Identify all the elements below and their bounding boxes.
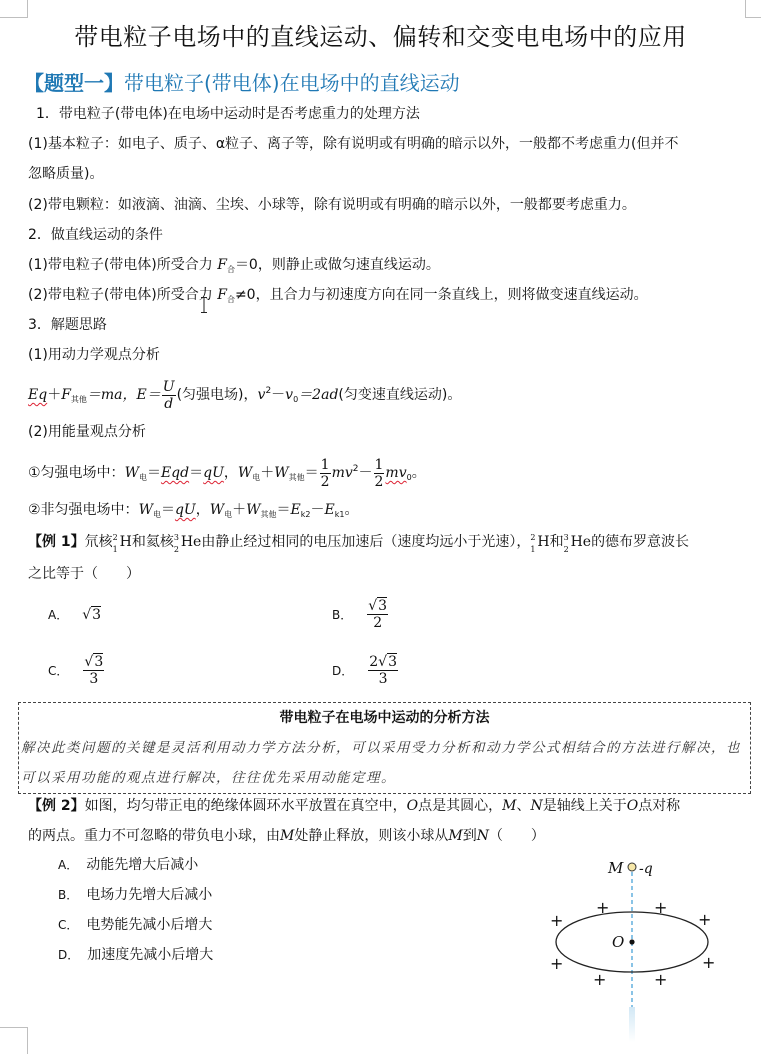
svg-text:M: M (607, 859, 624, 877)
point-2-item-1: (1)带电粒子(带电体)所受合力 F合＝0，则静止或做匀速直线运动。 (28, 255, 440, 280)
example-1-label: 【例 1】 (28, 534, 85, 550)
deuterium-nuclide: 21H (113, 532, 132, 552)
example-2-option-a[interactable]: A．动能先增大后减小 (58, 854, 198, 874)
example-1-line-2: 之比等于（ ） (28, 564, 140, 584)
svg-text:+: + (702, 953, 715, 972)
charged-ring-figure: O M -q + + + + + + + + (540, 852, 740, 1042)
svg-text:+: + (550, 911, 563, 930)
svg-text:+: + (654, 898, 667, 917)
energy-formula-uniform: ①匀强电场中：W电＝Eqd＝qU，W电＋W其他＝12mv2－12mv0。 (28, 452, 426, 495)
point-3-item-2: (2)用能量观点分析 (28, 422, 146, 442)
method-box-body: 解决此类问题的关键是灵活利用动力学方法分析，可以采用受力分析和动力学公式相结合的… (21, 733, 747, 793)
dynamics-formula: Eq＋F其他＝ma，E＝Ud(匀强电场)，v2－v0＝2ad(匀变速直线运动)。 (28, 374, 461, 417)
point-1-item-1-line-2: 忽略质量)。 (28, 164, 103, 184)
deuterium-nuclide: 21H (530, 532, 549, 552)
svg-text:+: + (698, 910, 711, 929)
method-box-title: 带电粒子在电场中运动的分析方法 (19, 707, 750, 727)
page-corner-mark-bottom-left (0, 1027, 28, 1054)
example-2-line-2: 的两点。重力不可忽略的带负电小球，由M处静止释放，则该小球从M到N（ ） (28, 826, 545, 846)
point-3-heading: 3．解题思路 (28, 315, 107, 335)
example-1-option-c[interactable]: C． √33 (48, 654, 105, 687)
example-1-option-b[interactable]: B． √32 (332, 598, 389, 631)
center-point-o (629, 939, 634, 944)
svg-text:O: O (612, 933, 624, 951)
energy-formula-nonuniform: ②非匀强电场中：W电＝qU，W电＋W其他＝Ek2－Ek1。 (28, 500, 358, 525)
point-1-heading: 1．带电粒子(带电体)在电场中运动时是否考虑重力的处理方法 (36, 104, 420, 124)
fraction-sqrt3-over-2: √32 (367, 598, 388, 631)
example-2-label: 【例 2】 (28, 798, 85, 814)
fraction-one-half: 12 (374, 457, 385, 490)
point-3-item-1: (1)用动力学观点分析 (28, 345, 160, 365)
helium3-nuclide: 32He (174, 532, 202, 552)
example-2-option-c[interactable]: C．电势能先减小后增大 (58, 914, 212, 934)
example-1-option-a[interactable]: A． √3 (48, 606, 101, 623)
example-1-option-d[interactable]: D． 2√33 (332, 654, 399, 687)
svg-text:+: + (596, 898, 609, 917)
fraction-u-over-d: Ud (162, 379, 176, 412)
section-title-text: 带电粒子(带电体)在电场中的直线运动 (124, 71, 460, 95)
method-summary-box: 带电粒子在电场中运动的分析方法 解决此类问题的关键是灵活利用动力学方法分析，可以… (18, 702, 751, 794)
section-heading: 【题型一】带电粒子(带电体)在电场中的直线运动 (24, 67, 460, 96)
document-title: 带电粒子电场中的直线运动、偏转和交变电电场中的应用 (0, 17, 761, 52)
charge-ball-icon (628, 863, 636, 871)
example-1-line-1: 【例 1】氘核21H和氦核32He由静止经过相同的电压加速后（速度均远小于光速）… (28, 532, 689, 552)
page-corner-mark-top-left (0, 0, 28, 18)
section-type-label: 【题型一】 (24, 71, 124, 95)
force-symbol: F (217, 287, 227, 303)
example-2-line-1: 【例 2】如图，均匀带正电的绝缘体圆环水平放置在真空中，O点是其圆心，M、N是轴… (28, 796, 680, 816)
fraction-2sqrt3-over-3: 2√33 (368, 654, 398, 687)
svg-text:+: + (593, 970, 606, 989)
fraction-sqrt3-over-3: √33 (83, 654, 104, 687)
point-1-item-2: (2)带电颗粒：如液滴、油滴、尘埃、小球等，除有说明或有明确的暗示以外，一般都要… (28, 195, 636, 215)
svg-text:-q: -q (639, 861, 653, 877)
text-cursor-ibeam-icon (201, 297, 207, 313)
point-2-item-2: (2)带电粒子(带电体)所受合力 F合≠0，且合力与初速度方向在同一条直线上，则… (28, 285, 648, 310)
force-symbol: F (217, 257, 227, 273)
example-2-option-b[interactable]: B．电场力先增大后减小 (58, 884, 212, 904)
svg-text:+: + (550, 954, 563, 973)
fraction-one-half: 12 (320, 457, 331, 490)
sqrt-3: √3 (82, 607, 101, 623)
helium3-nuclide: 32He (564, 532, 592, 552)
page-corner-mark-top-right (745, 0, 761, 18)
point-1-item-1-line-1: (1)基本粒子：如电子、质子、α粒子、离子等，除有说明或有明确的暗示以外，一般都… (28, 134, 679, 154)
example-2-option-d[interactable]: D．加速度先减小后增大 (58, 944, 213, 964)
svg-text:+: + (654, 970, 667, 989)
point-2-heading: 2．做直线运动的条件 (28, 225, 163, 245)
